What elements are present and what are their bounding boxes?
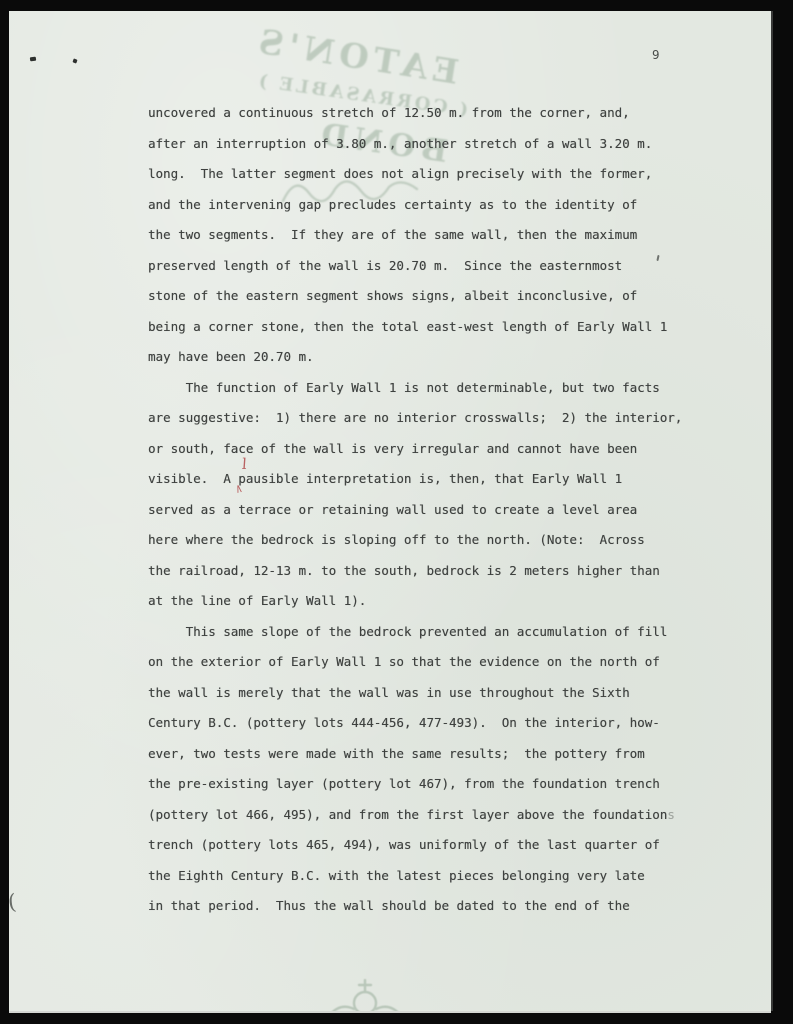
typed-line: at the line of Early Wall 1). — [148, 586, 708, 617]
faint-typed-character: s — [667, 807, 675, 822]
typed-line: uncovered a continuous stretch of 12.50 … — [148, 98, 708, 129]
ink-speck — [72, 58, 77, 63]
typed-line: are suggestive: 1) there are no interior… — [148, 403, 708, 434]
typed-line: in that period. Thus the wall should be … — [148, 891, 708, 922]
ink-speck — [30, 57, 36, 62]
typed-line: after an interruption of 3.80 m., anothe… — [148, 129, 708, 160]
typed-line: and the intervening gap precludes certai… — [148, 190, 708, 221]
typewritten-page: EATON'S ( CORRASABLE ) BOND 9 uncovered … — [9, 11, 771, 1011]
red-inserted-letter: l — [241, 457, 247, 472]
typed-line: may have been 20.70 m. — [148, 342, 708, 373]
paragraph: This same slope of the bedrock prevented… — [148, 617, 708, 922]
typed-line: ever, two tests were made with the same … — [148, 739, 708, 770]
typed-line: The function of Early Wall 1 is not dete… — [148, 373, 708, 404]
typed-line: long. The latter segment does not align … — [148, 159, 708, 190]
typed-line: the Eighth Century B.C. with the latest … — [148, 861, 708, 892]
typed-line: This same slope of the bedrock prevented… — [148, 617, 708, 648]
typed-line: the two segments. If they are of the sam… — [148, 220, 708, 251]
typed-line: here where the bedrock is sloping off to… — [148, 525, 708, 556]
typed-line: on the exterior of Early Wall 1 so that … — [148, 647, 708, 678]
typed-line: Century B.C. (pottery lots 444-456, 477-… — [148, 708, 708, 739]
typed-line: (pottery lot 466, 495), and from the fir… — [148, 800, 708, 831]
paragraph: uncovered a continuous stretch of 12.50 … — [148, 98, 708, 373]
typed-line: the wall is merely that the wall was in … — [148, 678, 708, 709]
typed-line: or south, face of the wall is very irreg… — [148, 434, 708, 465]
typed-line: visible. A pausible interpretation is, t… — [148, 464, 708, 495]
typed-line: served as a terrace or retaining wall us… — [148, 495, 708, 526]
crown-watermark-icon — [317, 979, 413, 1011]
paragraph: The function of Early Wall 1 is not dete… — [148, 373, 708, 617]
typed-line: the railroad, 12-13 m. to the south, bed… — [148, 556, 708, 587]
scan-frame: EATON'S ( CORRASABLE ) BOND 9 uncovered … — [0, 0, 793, 1024]
typed-line: the pre-existing layer (pottery lot 467)… — [148, 769, 708, 800]
margin-pencil-mark: ( — [9, 890, 17, 915]
page-number: 9 — [652, 47, 660, 62]
typed-line: being a corner stone, then the total eas… — [148, 312, 708, 343]
typed-line: stone of the eastern segment shows signs… — [148, 281, 708, 312]
typed-line: preserved length of the wall is 20.70 m.… — [148, 251, 708, 282]
typed-line: trench (pottery lots 465, 494), was unif… — [148, 830, 708, 861]
text-block: uncovered a continuous stretch of 12.50 … — [148, 98, 708, 922]
